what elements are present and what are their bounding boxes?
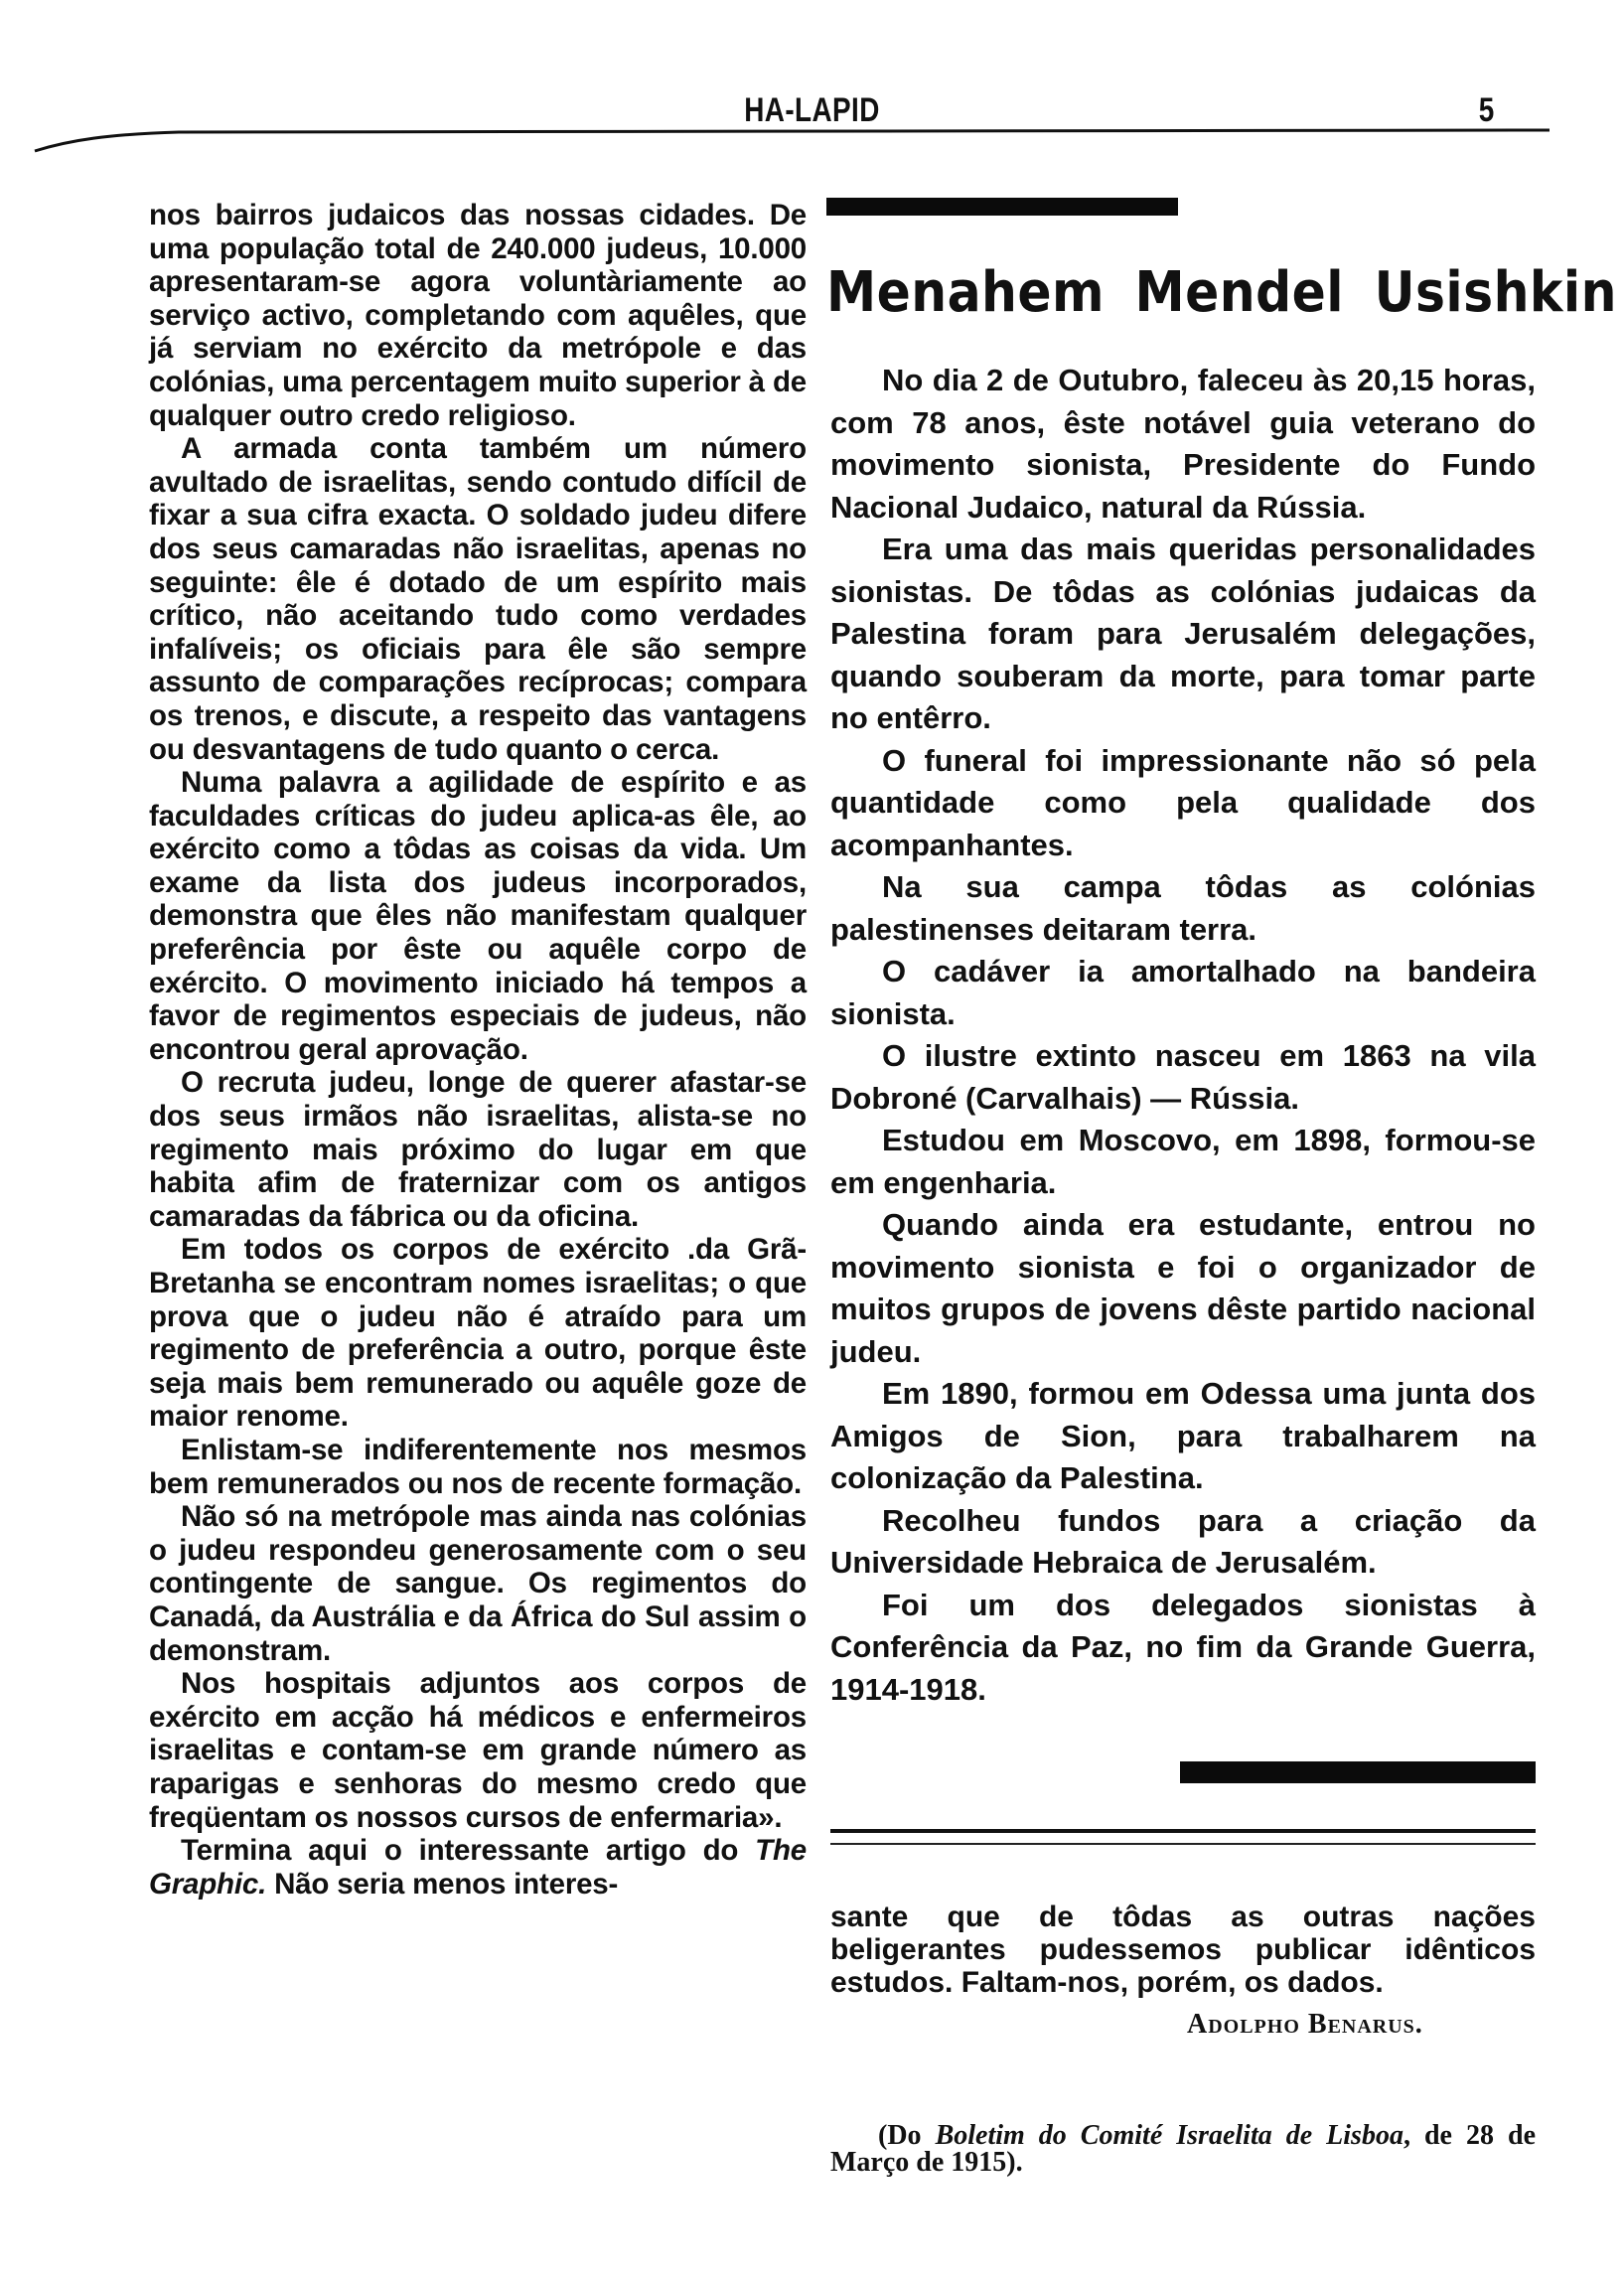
source-note: (Do Boletim do Comité Israelita de Lisbo… bbox=[830, 2122, 1536, 2176]
article-ending: sante que de tôdas as outras nações beli… bbox=[830, 1901, 1536, 1999]
obituary-title: Menahem Mendel Usishkin bbox=[826, 260, 1470, 325]
paragraph: Na sua campa tôdas as colónias palestine… bbox=[830, 866, 1536, 951]
paragraph: Enlistam-se indiferentemente nos mesmos … bbox=[149, 1434, 807, 1500]
section-divider-rule bbox=[830, 1843, 1536, 1845]
paragraph-text: Não seria menos interes- bbox=[266, 1868, 618, 1901]
paragraph: O cadáver ia amortalhado na bandeira sio… bbox=[830, 951, 1536, 1035]
decorative-bar-top bbox=[826, 198, 1178, 216]
paragraph: A armada conta também um número avultado… bbox=[149, 432, 807, 766]
paragraph: Numa palavra a agilidade de espírito e a… bbox=[149, 766, 807, 1066]
paragraph: Foi um dos delegados sionistas à Conferê… bbox=[830, 1585, 1536, 1712]
header-rule bbox=[30, 124, 1550, 154]
paragraph: Nos hospitais adjuntos aos corpos de exé… bbox=[149, 1667, 807, 1834]
paragraph: Estudou em Moscovo, em 1898, formou-se e… bbox=[830, 1120, 1536, 1204]
paragraph: sante que de tôdas as outras nações beli… bbox=[830, 1901, 1536, 1999]
paragraph: No dia 2 de Outubro, faleceu às 20,15 ho… bbox=[830, 360, 1536, 529]
obituary-body: No dia 2 de Outubro, faleceu às 20,15 ho… bbox=[830, 360, 1536, 1711]
paragraph: Em 1890, formou em Odessa uma junta dos … bbox=[830, 1373, 1536, 1500]
paragraph: O recruta judeu, longe de querer afastar… bbox=[149, 1066, 807, 1233]
paragraph: Termina aqui o interessante artigo do Th… bbox=[149, 1834, 807, 1901]
article-continuation-column: nos bairros judaicos das nossas cidades.… bbox=[149, 199, 807, 1901]
paragraph: O funeral foi impressionante não só pela… bbox=[830, 740, 1536, 867]
decorative-bar-bottom bbox=[1180, 1761, 1536, 1783]
paragraph: nos bairros judaicos das nossas cidades.… bbox=[149, 199, 807, 432]
paragraph: Recolheu fundos para a criação da Univer… bbox=[830, 1500, 1536, 1585]
paragraph: O ilustre extinto nasceu em 1863 na vila… bbox=[830, 1035, 1536, 1120]
paragraph: Quando ainda era estudante, entrou no mo… bbox=[830, 1204, 1536, 1373]
section-divider-rule bbox=[830, 1829, 1536, 1833]
paragraph: Em todos os corpos de exército .da Grã-B… bbox=[149, 1233, 807, 1434]
page-header: HA-LAPID 5 bbox=[0, 0, 1624, 149]
paragraph-text: Termina aqui o interessante artigo do bbox=[181, 1834, 738, 1867]
paragraph: Não só na metrópole mas ainda nas colóni… bbox=[149, 1500, 807, 1667]
paragraph: Era uma das mais queridas personalidades… bbox=[830, 529, 1536, 740]
author-signature: Adolpho Benarus. bbox=[1187, 2009, 1423, 2041]
